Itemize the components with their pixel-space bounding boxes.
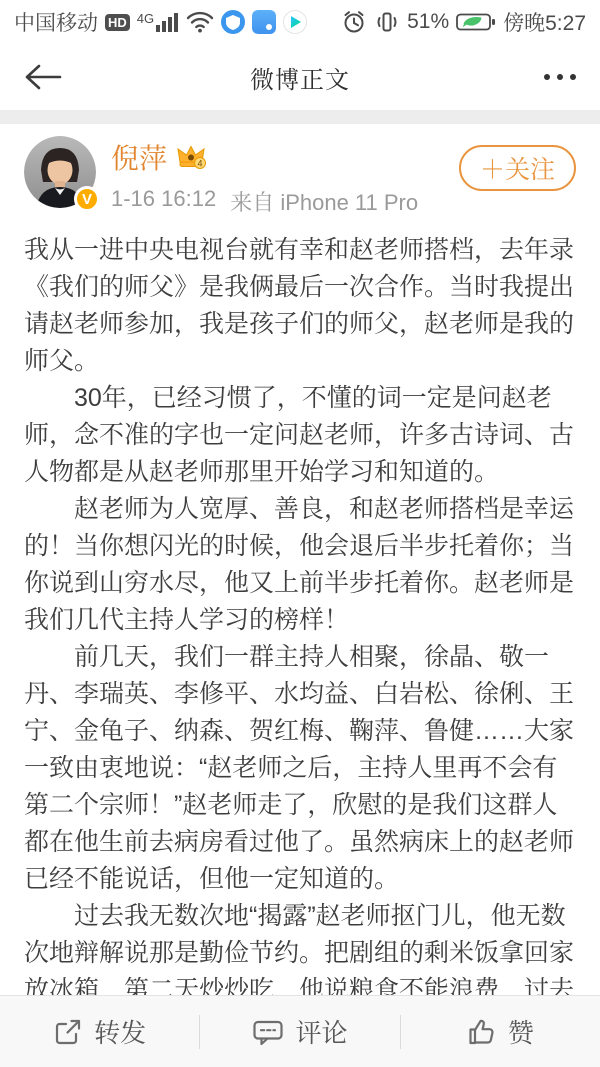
alarm-clock-icon [341,9,367,35]
security-shield-app-icon [221,10,245,34]
svg-text:4: 4 [198,159,203,169]
author-avatar[interactable]: V [24,136,96,208]
signal-bars-icon [155,11,179,33]
wifi-icon [186,10,214,34]
status-bar: 中国移动 HD 4G [0,0,600,44]
more-dots-icon [544,74,550,80]
carrier-label: 中国移动 [14,7,98,37]
battery-percent-label: 51% [407,10,449,34]
status-bar-right: 51% 傍晚5:27 [341,7,586,37]
post-source: 来自 iPhone 11 Pro [230,186,418,217]
repost-button[interactable]: 转发 [0,996,199,1067]
action-toolbar: 转发 评论 赞 [0,995,600,1067]
weibo-post-screen: 中国移动 HD 4G [0,0,600,1067]
follow-button[interactable]: ＋关注 [459,145,576,191]
verified-v-badge-icon: V [74,186,100,212]
post-paragraph: 过去我无数次地“揭露”赵老师抠门儿，他无数次地辩解说那是勤俭节约。把剧组的剩米饭… [24,898,576,1009]
post-paragraph: 我从一进中央电视台就有幸和赵老师搭档，去年录《我们的师父》是我俩最后一次合作。当… [24,232,576,380]
nav-bar: 微博正文 [0,44,600,110]
video-play-app-icon [283,10,307,34]
comment-bubble-icon [252,1017,284,1047]
network-type-label: 4G [137,12,154,25]
repost-share-icon [53,1017,83,1047]
post-paragraph: 30年，已经习惯了，不懂的词一定是问赵老师，念不准的字也一定问赵老师，许多古诗词… [24,380,576,491]
like-label: 赞 [508,1013,534,1050]
signal-strength-icon: 4G [137,11,179,33]
post-header: V 倪萍 4 1-16 16:12 来自 iPhone 11 Pro ＋关注 [0,124,600,217]
back-arrow-icon [22,62,64,92]
thumbs-up-icon [467,1017,497,1047]
page-title: 微博正文 [0,60,600,95]
post-body: 我从一进中央电视台就有幸和赵老师搭档，去年录《我们的师父》是我俩最后一次合作。当… [24,232,576,1009]
vip-crown-icon: 4 [175,143,207,171]
more-options-button[interactable] [542,68,578,86]
comment-label: 评论 [295,1013,347,1050]
status-bar-left: 中国移动 HD 4G [14,7,307,37]
post-timestamp: 1-16 16:12 [111,186,216,217]
messenger-app-icon [252,10,276,34]
section-divider [0,110,600,124]
post-paragraph: 前几天，我们一群主持人相聚，徐晶、敬一丹、李瑞英、李修平、水均益、白岩松、徐俐、… [24,639,576,898]
author-name[interactable]: 倪萍 [111,137,167,177]
comment-button[interactable]: 评论 [200,996,399,1067]
author-meta: 倪萍 4 1-16 16:12 来自 iPhone 11 Pro [111,136,459,217]
battery-saver-icon [456,11,496,33]
repost-label: 转发 [94,1013,146,1050]
back-button[interactable] [22,62,64,92]
post-paragraph: 赵老师为人宽厚、善良，和赵老师搭档是幸运的！当你想闪光的时候，他会退后半步托着你… [24,491,576,639]
vibrate-mode-icon [374,9,400,35]
like-button[interactable]: 赞 [401,996,600,1067]
clock-label: 傍晚5:27 [503,7,586,37]
hd-badge-icon: HD [105,14,130,31]
